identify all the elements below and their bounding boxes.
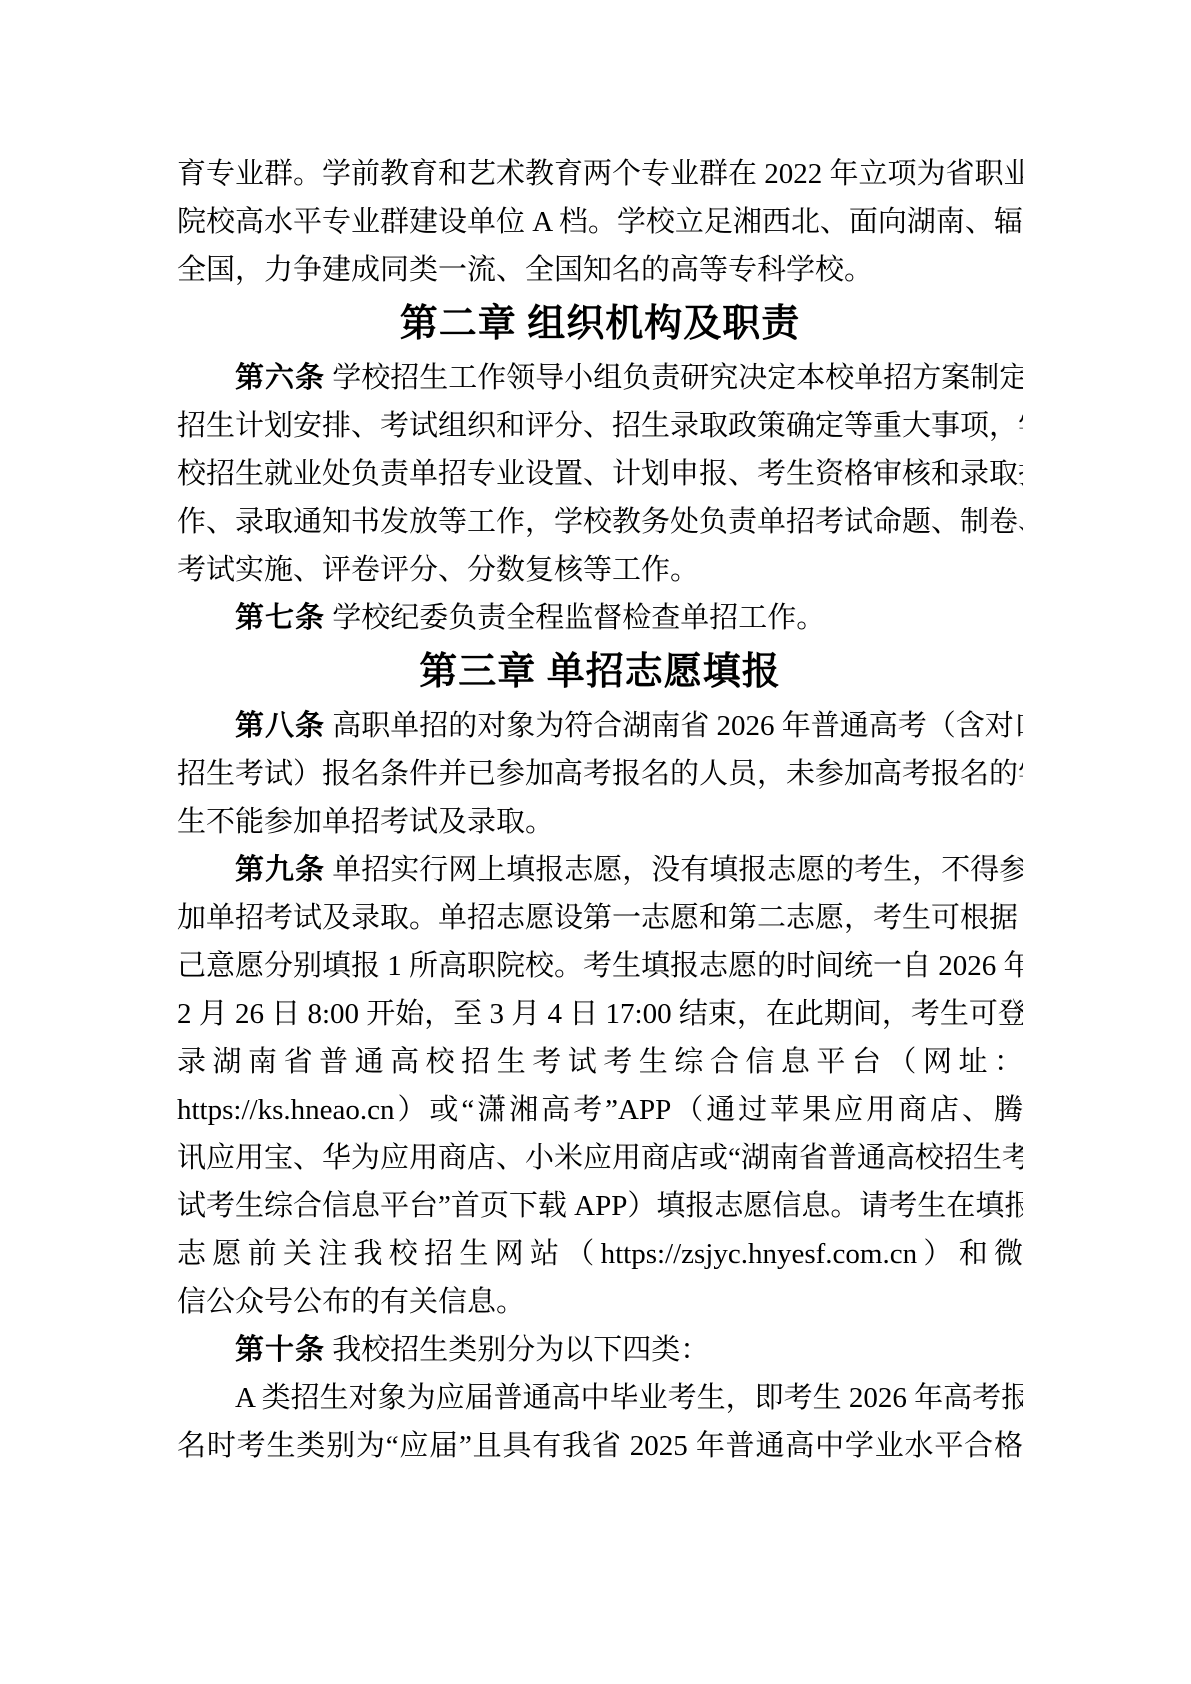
article-number: 第十条 [235, 1334, 325, 1366]
document-body: 育专业群。学前教育和艺术教育两个专业群在 2022 年立项为省职业院校高水平专业… [177, 150, 1023, 1470]
text-line: 第九条 单招实行网上填报志愿，没有填报志愿的考生，不得参 [177, 846, 1023, 894]
text-line: 校招生就业处负责单招专业设置、计划申报、考生资格审核和录取操 [177, 450, 1023, 498]
text-line: 己意愿分别填报 1 所高职院校。考生填报志愿的时间统一自 2026 年 [177, 942, 1023, 990]
text-line: 招生计划安排、考试组织和评分、招生录取政策确定等重大事项，学 [177, 402, 1023, 450]
text-line: 生不能参加单招考试及录取。 [177, 798, 1023, 846]
text-line: 育专业群。学前教育和艺术教育两个专业群在 2022 年立项为省职业 [177, 150, 1023, 198]
chapter-heading: 第二章 组织机构及职责 [177, 300, 1023, 348]
chapter-heading: 第三章 单招志愿填报 [177, 648, 1023, 696]
text-line: 院校高水平专业群建设单位 A 档。学校立足湘西北、面向湖南、辐射 [177, 198, 1023, 246]
article-number: 第九条 [235, 854, 325, 886]
text-line: 录湖南省普通高校招生考试考生综合信息平台（网址： [177, 1038, 1023, 1086]
text-line: 第七条 学校纪委负责全程监督检查单招工作。 [177, 594, 1023, 642]
text-line: A 类招生对象为应届普通高中毕业考生，即考生 2026 年高考报 [177, 1374, 1023, 1422]
text-line: 信公众号公布的有关信息。 [177, 1278, 1023, 1326]
text-line: 第十条 我校招生类别分为以下四类： [177, 1326, 1023, 1374]
text-line: 第八条 高职单招的对象为符合湖南省 2026 年普通高考（含对口 [177, 702, 1023, 750]
article-number: 第七条 [235, 602, 325, 634]
text-line: 招生考试）报名条件并已参加高考报名的人员，未参加高考报名的学 [177, 750, 1023, 798]
text-line: 讯应用宝、华为应用商店、小米应用商店或“湖南省普通高校招生考 [177, 1134, 1023, 1182]
text-line: 第六条 学校招生工作领导小组负责研究决定本校单招方案制定、 [177, 354, 1023, 402]
text-line: 2 月 26 日 8:00 开始，至 3 月 4 日 17:00 结束，在此期间… [177, 990, 1023, 1038]
document-page: 育专业群。学前教育和艺术教育两个专业群在 2022 年立项为省职业院校高水平专业… [0, 0, 1191, 1684]
text-line: 全国，力争建成同类一流、全国知名的高等专科学校。 [177, 246, 1023, 294]
text-line: 志愿前关注我校招生网站（https://zsjyc.hnyesf.com.cn）… [177, 1230, 1023, 1278]
article-number: 第六条 [235, 362, 325, 394]
text-line: 作、录取通知书发放等工作，学校教务处负责单招考试命题、制卷、 [177, 498, 1023, 546]
text-line: 加单招考试及录取。单招志愿设第一志愿和第二志愿，考生可根据自 [177, 894, 1023, 942]
article-number: 第八条 [235, 710, 325, 742]
text-line: https://ks.hneao.cn）或“潇湘高考”APP（通过苹果应用商店、… [177, 1086, 1023, 1134]
text-line: 名时考生类别为“应届”且具有我省 2025 年普通高中学业水平合格 [177, 1422, 1023, 1470]
text-line: 考试实施、评卷评分、分数复核等工作。 [177, 546, 1023, 594]
text-line: 试考生综合信息平台”首页下载 APP）填报志愿信息。请考生在填报 [177, 1182, 1023, 1230]
